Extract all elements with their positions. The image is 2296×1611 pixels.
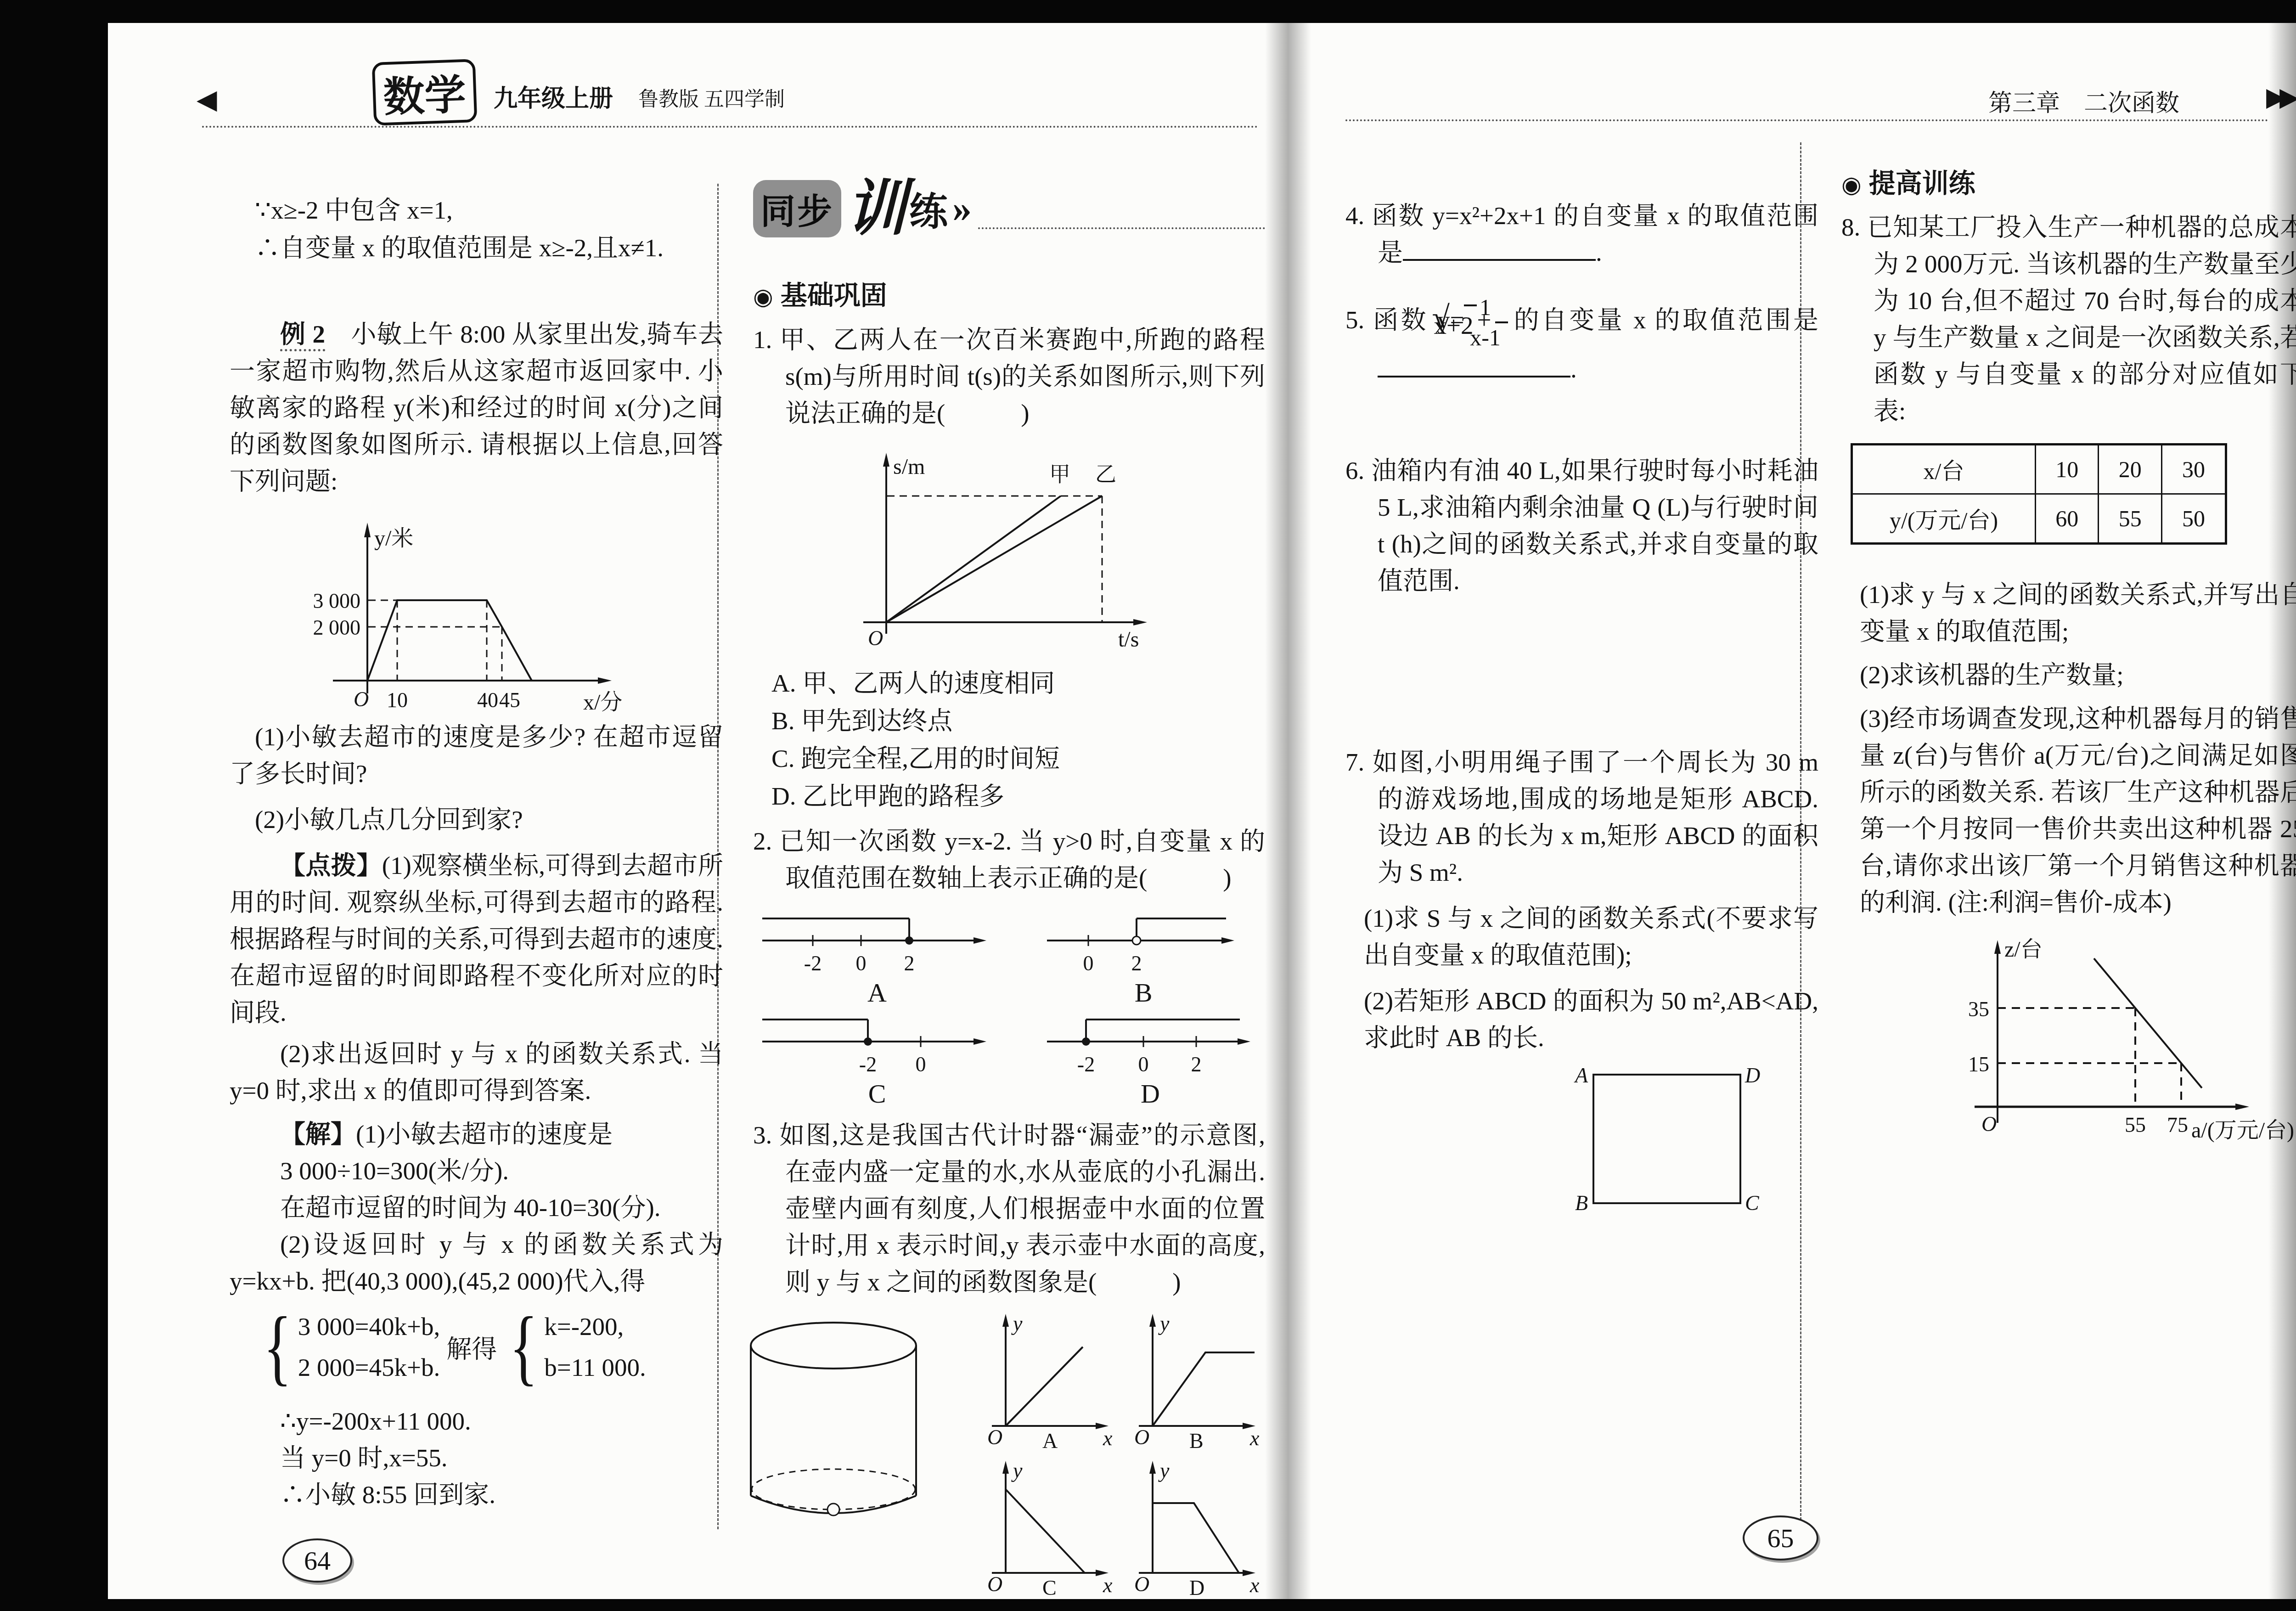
- y-axis-label: y: [1158, 1459, 1170, 1482]
- page-edge-shadow: [2268, 23, 2296, 1599]
- solution-line-6: 当 y=0 时,x=55.: [230, 1440, 723, 1476]
- solution-line-2: 3 000÷10=300(米/分).: [230, 1153, 723, 1189]
- problem-1-option-d: D. 乙比甲跑的路程多: [753, 778, 1265, 815]
- problem-1: 1. 甲、乙两人在一次百米赛跑中,所跑的路程 s(m)与所用时间 t(s)的关系…: [753, 321, 1265, 432]
- hint-paragraph-1: 【点拨】(1)观察横坐标,可得到去超市所用的时间. 观察纵坐标,可得到去超市的路…: [230, 847, 723, 1031]
- x-axis-label: x: [1103, 1573, 1113, 1597]
- table-cell: 10: [2036, 445, 2099, 494]
- tick-45: 45: [499, 688, 520, 712]
- problem-7-part-2: (2)若矩形 ABCD 的面积为 50 m²,AB<AD,求此时 AB 的长.: [1345, 983, 1818, 1056]
- trip-curve: [367, 600, 532, 681]
- problem-5-number: 5.: [1345, 306, 1364, 334]
- banner-rule: [978, 227, 1265, 229]
- tick-75: 75: [2167, 1113, 2188, 1137]
- header-rule-left: [202, 126, 1258, 128]
- solution-line-5: ∴y=-200x+11 000.: [230, 1403, 723, 1440]
- runner-jia-line: [886, 496, 1061, 622]
- brace-left-icon: {: [263, 1304, 292, 1389]
- problem-2: 2. 已知一次函数 y=x-2. 当 y>0 时,自变量 x 的取值范围在数轴上…: [753, 823, 1265, 896]
- problem-8-part-2: (2)求该机器的生产数量;: [1841, 657, 2296, 693]
- back-arrow-icon: ◀: [197, 84, 217, 115]
- banner-word-lian: 练: [909, 181, 948, 237]
- tick-15: 15: [1968, 1053, 1989, 1076]
- problem-7: 7. 如图,小明用绳子围了一个周长为 30 m 的游戏场地,围成的场地是矩形 A…: [1345, 744, 1818, 891]
- problem-6: 6. 油箱内有油 40 L,如果行驶时每小时耗油 5 L,求油箱内剩余油量 Q …: [1345, 452, 1818, 599]
- grade-title: 九年级上册: [494, 79, 613, 113]
- brace-right-icon: {: [510, 1304, 538, 1389]
- answer-blank: [1403, 234, 1596, 261]
- tick-label: -2: [1077, 1053, 1095, 1076]
- tick-10: 10: [387, 688, 408, 712]
- solution-line-7: ∴小敏 8:55 回到家.: [230, 1476, 723, 1513]
- numberline-option-c: -2 0: [758, 1009, 996, 1078]
- rectangle-abcd-figure: A D B C: [1561, 1054, 1763, 1224]
- open-endpoint-dot: [1132, 936, 1141, 945]
- table-header-x: x/台: [1852, 445, 2036, 494]
- section-icon: ◉: [753, 284, 773, 310]
- axis-arrow-icon: [1221, 937, 1234, 944]
- x-axis-label: x: [1249, 1573, 1260, 1597]
- origin-label: O: [354, 687, 369, 711]
- problem-6-number: 6.: [1345, 456, 1364, 484]
- tick-2000: 2 000: [313, 616, 361, 639]
- page-number-65: 65: [1743, 1515, 1818, 1560]
- example2-paragraph: 例 2 小敏上午 8:00 从家里出发,骑车去一家超市购物,然后从这家超市返回家…: [230, 316, 723, 500]
- example2-label: 例 2: [280, 320, 325, 351]
- origin-label: O: [1981, 1112, 1997, 1136]
- header-rule-right: [1345, 119, 2268, 121]
- problem-8-text: 已知某工厂投入生产一种机器的总成本为 2 000万元. 当该机器的生产数量至少为…: [1867, 213, 2296, 425]
- runner-yi-line: [886, 496, 1102, 622]
- deduction-line-1: ∵x≥-2 中包含 x=1,: [230, 192, 723, 229]
- section-advanced-training: ◉提高训练: [1841, 162, 1975, 200]
- leak-hole-icon: [827, 1504, 839, 1515]
- y-axis-label: y/米: [374, 526, 413, 551]
- problem-7-text: 如图,小明用绳子围了一个周长为 30 m 的游戏场地,围成的场地是矩形 ABCD…: [1373, 748, 1818, 886]
- problem-8-part-1: (1)求 y 与 x 之间的函数关系式,并写出自变量 x 的取值范围;: [1841, 576, 2296, 650]
- problem-1-option-a: A. 甲、乙两人的速度相同: [753, 665, 1265, 702]
- problem-1-option-c: C. 跑完全程,乙用的时间短: [753, 740, 1265, 777]
- tick-label: 2: [1131, 952, 1142, 975]
- table-row: x/台 10 20 30: [1852, 445, 2226, 494]
- banner-arrows-icon: »: [952, 186, 972, 231]
- option-letter: B: [1189, 1429, 1204, 1453]
- vertex-a-label: A: [1574, 1064, 1588, 1087]
- tick-label: 2: [904, 952, 915, 975]
- tick-55: 55: [2125, 1113, 2146, 1137]
- numberline-option-a: -2 0 2: [758, 908, 996, 977]
- graph-home-trip: y/米 3 000 2 000 O 10 40 45 x/分: [280, 510, 638, 712]
- tick-label: 2: [1191, 1053, 1202, 1076]
- y-axis-arrow-icon: [364, 523, 371, 537]
- table-row: y/(万元/台) 60 55 50: [1852, 494, 2226, 544]
- option-letter: A: [1042, 1429, 1058, 1453]
- tick-label: 0: [916, 1053, 926, 1076]
- origin-label: O: [1134, 1572, 1149, 1596]
- problem-5: 5. 函数 y=√x+2+1x-1的自变量 x 的取值范围是.: [1345, 294, 1818, 388]
- result-eq-top: k=-200,: [544, 1312, 646, 1341]
- x-axis-arrow-icon: [1133, 619, 1147, 625]
- option-c-graph: y x O C: [974, 1453, 1116, 1596]
- table-cell: 30: [2161, 445, 2226, 494]
- axis-arrow-icon: [974, 1038, 986, 1045]
- example2-question2: (2)小敏几点几分回到家?: [230, 801, 723, 838]
- solution-line-3: 在超市逗留的时间为 40-10=30(分).: [230, 1189, 723, 1226]
- y-axis-arrow-icon: [883, 453, 889, 467]
- section-icon: ◉: [1841, 172, 1862, 197]
- table-cell: 20: [2099, 445, 2161, 494]
- water-clock-figure: [742, 1316, 925, 1536]
- vertex-b-label: B: [1575, 1191, 1588, 1215]
- hint-label: 【点拨】: [280, 851, 382, 879]
- yi-label: 乙: [1095, 462, 1116, 486]
- tick-3000: 3 000: [313, 589, 361, 613]
- x-axis-label: x: [1249, 1426, 1260, 1450]
- numberline-a-letter: A: [758, 977, 996, 1008]
- cost-table: x/台 10 20 30 y/(万元/台) 60 55 50: [1851, 443, 2227, 545]
- y-axis-label: y: [1011, 1459, 1023, 1482]
- sales-line: [2094, 958, 2202, 1088]
- graph-sales-price: z/台 35 15 O 55 75 a/(万元/台): [1938, 930, 2278, 1141]
- problem-4-number: 4.: [1345, 202, 1364, 230]
- problem-8: 8. 已知某工厂投入生产一种机器的总成本为 2 000万元. 当该机器的生产数量…: [1841, 209, 2296, 429]
- numberline-b-letter: B: [1042, 977, 1244, 1008]
- numberline-c-letter: C: [758, 1078, 996, 1109]
- x-axis-label: t/s: [1118, 627, 1139, 652]
- page-number-64: 64: [282, 1538, 352, 1583]
- problem-3-text: 如图,这是我国古代计时器“漏壶”的示意图,在壶内盛一定量的水,水从壶底的小孔漏出…: [779, 1121, 1265, 1296]
- problem-2-number: 2.: [753, 827, 772, 855]
- answer-blank: [1378, 351, 1570, 377]
- closed-endpoint-dot: [905, 936, 913, 945]
- option-d-graph: y x O D: [1120, 1453, 1263, 1596]
- solve-label: 解得: [446, 1329, 497, 1365]
- tick-label: 0: [1083, 952, 1094, 975]
- deduction-line-2: ∴自变量 x 的取值范围是 x≥-2,且x≠1.: [230, 230, 723, 266]
- solution-line-4: (2)设返回时 y 与 x 的函数关系式为 y=kx+b. 把(40,3 000…: [230, 1226, 723, 1300]
- example2-question1: (1)小敏去超市的速度是多少? 在超市逗留了多长时间?: [230, 719, 723, 792]
- tick-label: -2: [859, 1053, 877, 1076]
- y-axis-label: y: [1158, 1312, 1170, 1335]
- subject-badge: 数学: [372, 59, 478, 126]
- x-axis-arrow-icon: [2235, 1104, 2249, 1110]
- book-gutter-shadow: [1265, 23, 1311, 1599]
- vertex-d-label: D: [1745, 1064, 1760, 1087]
- sync-training-banner: 同步 训 练 »: [753, 180, 1265, 237]
- period: .: [1570, 355, 1577, 383]
- axis-arrow-icon: [1238, 1038, 1250, 1045]
- y-axis-label: z/台: [2004, 937, 2043, 962]
- chapter-title: 第三章 二次函数: [1988, 84, 2179, 118]
- problem-6-text: 油箱内有油 40 L,如果行驶时每小时耗油 5 L,求油箱内剩余油量 Q (L)…: [1371, 456, 1818, 595]
- solution-text-1: (1)小敏去超市的速度是: [356, 1120, 613, 1148]
- origin-label: O: [868, 626, 883, 650]
- system-eq-top: 3 000=40k+b,: [298, 1312, 440, 1341]
- fraction: 1x-1: [1495, 294, 1508, 351]
- hint-paragraph-2: (2)求出返回时 y 与 x 的函数关系式. 当 y=0 时,求出 x 的值即可…: [230, 1036, 723, 1109]
- result-eq-bottom: b=11 000.: [544, 1353, 646, 1382]
- jia-label: 甲: [1049, 462, 1070, 486]
- system-eq-bottom: 2 000=45k+b.: [298, 1353, 440, 1382]
- problem-1-option-b: B. 甲先到达终点: [753, 703, 1265, 739]
- y-axis-label: s/m: [893, 455, 925, 479]
- tick-label: 0: [1138, 1053, 1149, 1076]
- banner-word-tongbu: 同步: [753, 180, 841, 237]
- numberline-d-letter: D: [1042, 1078, 1258, 1109]
- problem-7-number: 7.: [1345, 748, 1364, 776]
- problem-8-part-3: (3)经市场调查发现,这种机器每月的销售量 z(台)与售价 a(万元/台)之间满…: [1841, 700, 2296, 921]
- y-axis-label: y: [1011, 1312, 1023, 1335]
- y-axis-arrow-icon: [1994, 940, 2001, 954]
- vertex-c-label: C: [1745, 1191, 1760, 1215]
- origin-label: O: [1134, 1425, 1149, 1449]
- tick-label: -2: [804, 952, 822, 975]
- problem-3-number: 3.: [753, 1121, 772, 1149]
- banner-word-xun: 训: [846, 181, 906, 237]
- numerator: 1: [1495, 294, 1508, 323]
- edition-title: 鲁教版 五四学制: [638, 83, 785, 112]
- problem-8-number: 8.: [1841, 213, 1860, 241]
- equation-system: { 3 000=40k+b, 2 000=45k+b. 解得 { k=-200,…: [257, 1304, 646, 1389]
- graph-race: s/m 甲 乙 O t/s: [822, 441, 1189, 657]
- table-cell: 60: [2036, 494, 2099, 544]
- problem-3: 3. 如图,这是我国古代计时器“漏壶”的示意图,在壶内盛一定量的水,水从壶底的小…: [753, 1117, 1265, 1301]
- x-axis-label: x/分: [583, 690, 622, 715]
- problem-1-number: 1.: [753, 326, 772, 354]
- problem-7-part-1: (1)求 S 与 x 之间的函数关系式(不要求写出自变量 x 的取值范围);: [1345, 900, 1818, 974]
- tick-40: 40: [477, 688, 498, 712]
- section-basic-consolidation: ◉基础巩固: [753, 274, 887, 312]
- option-a-graph: y x O A: [974, 1307, 1116, 1449]
- option-letter: C: [1042, 1576, 1057, 1600]
- denominator: x-1: [1495, 323, 1508, 351]
- solution-label: 【解】: [280, 1120, 356, 1148]
- solution-line-1: 【解】(1)小敏去超市的速度是: [230, 1116, 723, 1153]
- problem-4: 4. 函数 y=x²+2x+1 的自变量 x 的取值范围是.: [1345, 197, 1818, 271]
- problem-2-text: 已知一次函数 y=x-2. 当 y>0 时,自变量 x 的取值范围在数轴上表示正…: [779, 827, 1265, 892]
- table-cell: 55: [2099, 494, 2161, 544]
- x-axis-arrow-icon: [598, 677, 612, 684]
- origin-label: O: [987, 1572, 1002, 1596]
- table-cell: 50: [2161, 494, 2226, 544]
- problem-5-text-post: 的自变量 x 的取值范围是: [1512, 306, 1818, 334]
- period: .: [1596, 238, 1602, 266]
- x-axis-label: x: [1103, 1426, 1113, 1450]
- tick-35: 35: [1968, 997, 1989, 1021]
- closed-endpoint-dot: [864, 1037, 872, 1046]
- problem-1-text: 甲、乙两人在一次百米赛跑中,所跑的路程 s(m)与所用时间 t(s)的关系如图所…: [780, 326, 1265, 427]
- numberline-option-b: 0 2: [1042, 908, 1244, 977]
- numberline-option-d: -2 0 2: [1042, 1009, 1258, 1078]
- option-letter: D: [1189, 1576, 1204, 1600]
- table-header-y: y/(万元/台): [1852, 494, 2036, 544]
- option-b-graph: y x O B: [1120, 1307, 1263, 1449]
- axis-arrow-icon: [974, 937, 986, 944]
- tick-label: 0: [856, 952, 867, 975]
- origin-label: O: [987, 1425, 1002, 1449]
